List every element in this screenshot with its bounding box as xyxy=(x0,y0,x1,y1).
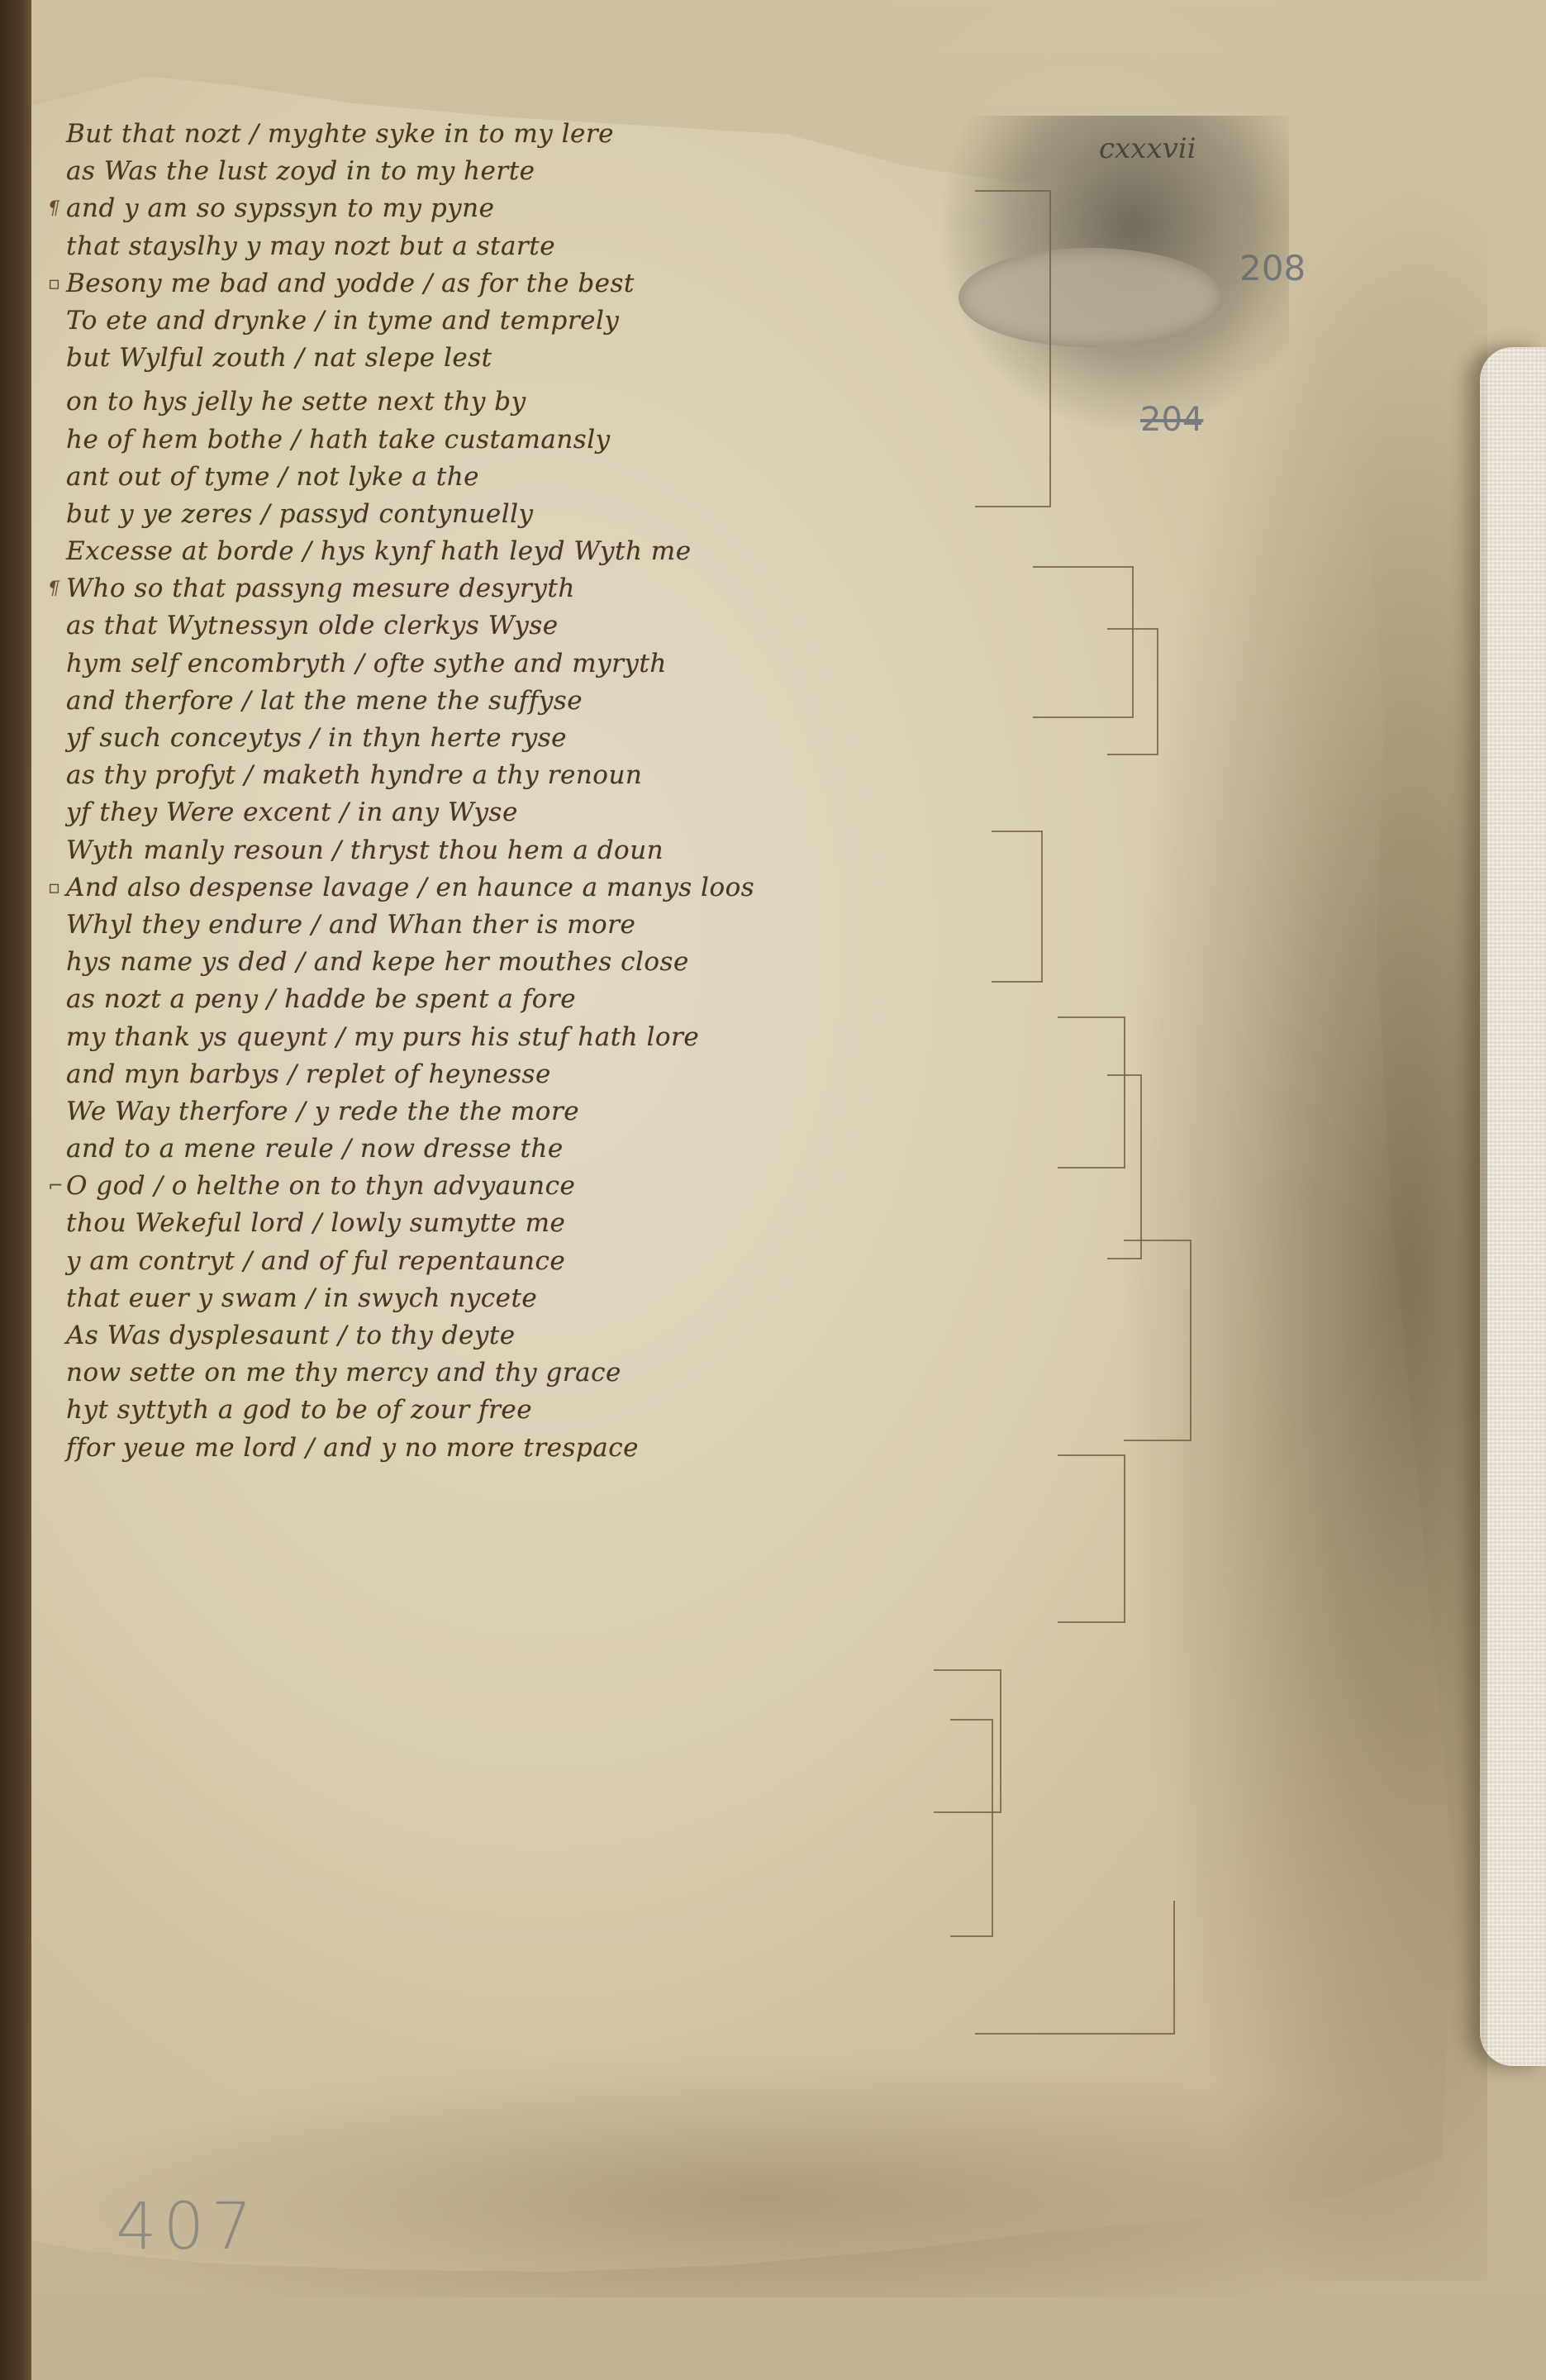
line-text: We Way therfore / y rede the the more xyxy=(66,1097,579,1126)
line-text: ffor yeue me lord / and y no more trespa… xyxy=(66,1433,639,1463)
text-line: ⌐O god / o helthe on to thyn advyaunce xyxy=(66,1168,1264,1205)
line-text: he of hem bothe / hath take custamansly xyxy=(66,425,611,455)
text-line: y am contryt / and of ful repentaunce xyxy=(66,1243,1264,1280)
paragraph-mark-icon: ¶ xyxy=(48,570,60,607)
line-text: Wyth manly resoun / thryst thou hem a do… xyxy=(66,835,664,865)
text-line: thou Wekeful lord / lowly sumytte me xyxy=(66,1205,1264,1242)
line-text: and myn barbys / replet of heynesse xyxy=(66,1059,551,1089)
binding-edge xyxy=(0,0,31,2380)
line-text: and to a mene reule / now dresse the xyxy=(66,1134,564,1164)
text-line: that euer y swam / in swych nycete xyxy=(66,1280,1264,1317)
support-cloth xyxy=(1480,347,1546,2066)
line-text: As Was dysplesaunt / to thy deyte xyxy=(66,1321,516,1350)
text-line: Wyth manly resoun / thryst thou hem a do… xyxy=(66,832,1264,869)
text-line: ant out of tyme / not lyke a the xyxy=(66,459,1264,496)
rhyme-bracket xyxy=(975,1901,1175,2035)
text-line: as thy profyt / maketh hyndre a thy reno… xyxy=(66,757,1264,794)
line-text: Whyl they endure / and Whan ther is more xyxy=(66,910,635,940)
line-text: And also despense lavage / en hauncе a m… xyxy=(66,873,754,902)
text-line: yf such conceytys / in thyn herte ryse xyxy=(66,720,1264,757)
text-line: as Was the lust zoyd in to my herte xyxy=(66,153,1264,190)
line-text: that stayslhy y may nozt but a starte xyxy=(66,231,555,261)
line-text: Who so that passyng mesure desyryth xyxy=(66,574,575,603)
text-line: ¶and y am so sypssyn to my pyne xyxy=(66,190,1264,227)
rhyme-bracket xyxy=(1124,1240,1192,1441)
line-text: Besony me bad and yodde / as for the bes… xyxy=(66,269,635,298)
line-text: Excesse at borde / hys kynf hath leyd Wy… xyxy=(66,536,692,566)
line-text: yf such conceytys / in thyn herte ryse xyxy=(66,723,567,753)
text-line: Whyl they endure / and Whan ther is more xyxy=(66,907,1264,944)
line-text: But that nozt / myghte syke in to my ler… xyxy=(66,119,614,149)
rhyme-bracket xyxy=(975,190,1051,507)
rhyme-bracket xyxy=(1058,1454,1125,1623)
text-line: that stayslhy y may nozt but a starte xyxy=(66,228,1264,265)
rhyme-bracket xyxy=(1107,1074,1142,1259)
line-text: and therfore / lat the mene the suffyse xyxy=(66,686,583,716)
line-text: but Wylful zouth / nat slepe lest xyxy=(66,343,492,373)
line-text: y am contryt / and of ful repentaunce xyxy=(66,1246,565,1276)
rhyme-bracket xyxy=(992,831,1043,983)
line-text: ant out of tyme / not lyke a the xyxy=(66,462,479,492)
shelfmark-number: 407 xyxy=(116,2190,259,2264)
text-line: hys name ys ded / and kepe her mouthes c… xyxy=(66,944,1264,981)
text-line: as nozt a peny / hadde be spent a fore xyxy=(66,981,1264,1018)
line-text: as thy profyt / maketh hyndre a thy reno… xyxy=(66,760,642,790)
text-line: To ete and drynke / in tyme and temprely xyxy=(66,302,1264,340)
text-line: he of hem bothe / hath take custamansly xyxy=(66,421,1264,459)
rhyme-bracket xyxy=(1107,628,1158,755)
text-line: ▫And also despense lavage / en hauncе a … xyxy=(66,869,1264,907)
line-text: hym self encombryth / ofte sythe and myr… xyxy=(66,649,667,678)
line-text: To ete and drynke / in tyme and temprely xyxy=(66,306,619,336)
line-text: but y ye zeres / passyd contynuelly xyxy=(66,499,534,529)
line-text: my thank ys queynt / my purs his stuf ha… xyxy=(66,1022,699,1052)
text-line: ▫Besony me bad and yodde / as for the be… xyxy=(66,265,1264,302)
paragraph-mark-icon: ¶ xyxy=(48,190,60,227)
line-text: and y am so sypssyn to my pyne xyxy=(66,193,495,223)
text-line: on to hys jelly he sette next thy by xyxy=(66,383,1264,421)
paragraph-mark-icon: ⌐ xyxy=(48,1168,64,1205)
line-text: as that Wytnessyn olde clerkys Wyse xyxy=(66,611,559,640)
line-text: as nozt a peny / hadde be spent a fore xyxy=(66,984,576,1014)
text-line: hyt syttyth a god to be of zour free xyxy=(66,1392,1264,1429)
text-line: yf they Were excent / in any Wyse xyxy=(66,794,1264,831)
stanza-mark-icon: ▫ xyxy=(48,265,60,302)
line-text: now sette on me thy mercy and thy grace xyxy=(66,1358,621,1388)
text-line: now sette on me thy mercy and thy grace xyxy=(66,1354,1264,1392)
text-line: Excesse at borde / hys kynf hath leyd Wy… xyxy=(66,533,1264,570)
line-text: hys name ys ded / and kepe her mouthes c… xyxy=(66,947,689,977)
line-text: yf they Were excent / in any Wyse xyxy=(66,797,518,827)
manuscript-text: But that nozt / myghte syke in to my ler… xyxy=(66,116,1264,1467)
text-line: As Was dysplesaunt / to thy deyte xyxy=(66,1317,1264,1354)
line-text: hyt syttyth a god to be of zour free xyxy=(66,1395,532,1425)
line-text: O god / o helthe on to thyn advyaunce xyxy=(66,1171,575,1201)
text-line: but y ye zeres / passyd contynuelly xyxy=(66,496,1264,533)
text-line: but Wylful zouth / nat slepe lest xyxy=(66,340,1264,377)
text-line: But that nozt / myghte syke in to my ler… xyxy=(66,116,1264,153)
line-text: that euer y swam / in swych nycete xyxy=(66,1283,537,1313)
stanza-mark-icon: ▫ xyxy=(48,869,60,907)
line-text: on to hys jelly he sette next thy by xyxy=(66,387,526,416)
line-text: thou Wekeful lord / lowly sumytte me xyxy=(66,1208,565,1238)
line-text: as Was the lust zoyd in to my herte xyxy=(66,156,535,186)
